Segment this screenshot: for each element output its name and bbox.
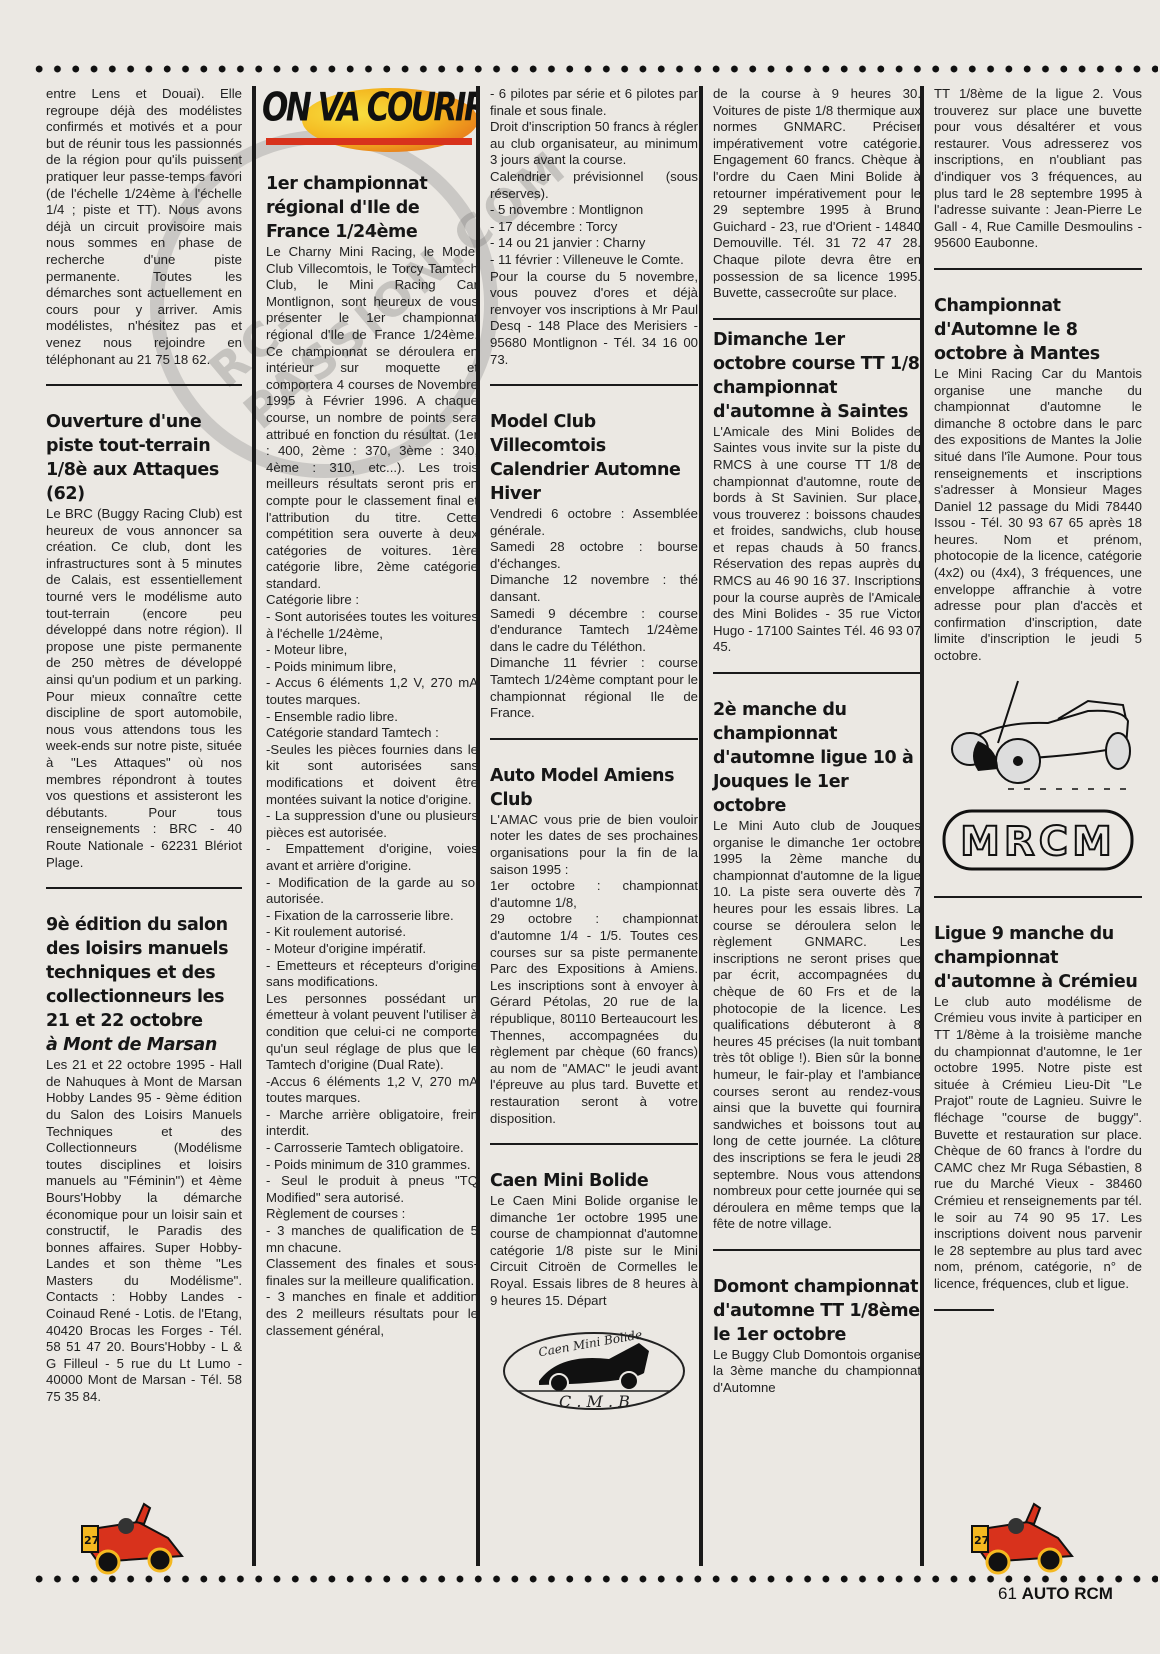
column-2: ON VA COURIR 1er championnat régional d'… [252,86,478,1566]
paragraph: - Carrosserie Tamtech obligatoire. [266,1140,478,1157]
paragraph: -Accus 6 éléments 1,2 V, 270 mA toutes m… [266,1074,478,1107]
paragraph: 29 octobre : championnat d'automne 1/4 -… [490,911,698,1127]
paragraph: - 6 pilotes par série et 6 pilotes par f… [490,86,698,119]
paragraph: - Poids minimum libre, [266,659,478,676]
paragraph: - Emetteurs et récepteurs d'origine sans… [266,958,478,991]
dotted-border-top [30,62,1158,76]
paragraph: Catégorie standard Tamtech : [266,725,478,742]
page-number: 61 [998,1584,1017,1603]
paragraph: - 14 ou 21 janvier : Charny [490,235,698,252]
race-car-mascot-icon: 27 [78,1498,188,1578]
paragraph: - 11 février : Villeneuve le Comte. [490,252,698,269]
svg-text:27: 27 [974,1534,989,1547]
paragraph: - Ensemble radio libre. [266,709,478,726]
cmb-logo: Caen Mini Bolide C . M . B [490,1323,698,1418]
buggy-illustration-icon [938,671,1138,801]
mrcm-logo: MRCM [934,671,1142,880]
paragraph: - 5 novembre : Montlignon [490,202,698,219]
article-body: L'Amicale des Mini Bolides de Saintes vo… [713,424,921,656]
race-car-mascot-icon: 27 [968,1498,1078,1578]
divider [46,887,242,889]
paragraph: Classement des finales et sous-finales s… [266,1256,478,1289]
article-title: Ouverture d'une piste tout-terrain 1/8è … [46,410,242,506]
paragraph: - Empattement d'origine, voies avant et … [266,841,478,874]
divider [934,1309,994,1311]
paragraph: - La suppression d'une ou plusieurs pièc… [266,808,478,841]
article-title: Championnat d'Automne le 8 octobre à Man… [934,294,1142,366]
paragraph: L'AMAC vous prie de bien vouloir noter l… [490,812,698,878]
divider [713,1249,921,1251]
banner-stripe [266,138,472,145]
dotted-border-bottom [30,1572,1158,1586]
paragraph: Pour la course du 5 novembre, vous pouve… [490,269,698,369]
divider [490,738,698,740]
paragraph: Samedi 28 octobre : bourse d'échanges. [490,539,698,572]
article-body: Le BRC (Buggy Racing Club) est heureux d… [46,506,242,871]
article-title: 1er championnat régional d'Ile de France… [266,172,478,244]
paragraph: - Accus 6 éléments 1,2 V, 270 mA toutes … [266,675,478,708]
paragraph: - Marche arrière obligatoire, frein inte… [266,1107,478,1140]
column-3: - 6 pilotes par série et 6 pilotes par f… [476,86,698,1566]
column-1: entre Lens et Douai). Elle regroupe déjà… [46,86,242,1566]
article-body: Le Buggy Club Domontois organise la 3ème… [713,1347,921,1397]
article-continuation: TT 1/8ème de la ligue 2. Vous trouverez … [934,86,1142,252]
paragraph: - Moteur libre, [266,642,478,659]
article-body: Le Mini Racing Car du Mantois organise u… [934,366,1142,665]
paragraph: Dimanche 11 février : course Tamtech 1/2… [490,655,698,721]
paragraph: - 3 manches en finale et addition des 2 … [266,1289,478,1339]
svg-text:27: 27 [84,1534,99,1547]
banner-title: ON VA COURIR [262,98,474,119]
article-continuation: entre Lens et Douai). Elle regroupe déjà… [46,86,242,368]
cmb-race-car-icon: Caen Mini Bolide C . M . B [499,1323,689,1413]
paragraph: Vendredi 6 octobre : Assemblée générale. [490,506,698,539]
paragraph: - 3 manches de qualification de 5 mn cha… [266,1223,478,1256]
paragraph: Le Charny Mini Racing, le Model Club Vil… [266,244,478,592]
paragraph: - Moteur d'origine impératif. [266,941,478,958]
divider [490,1143,698,1145]
divider [713,672,921,674]
article-title: Domont championnat d'automne TT 1/8ème l… [713,1275,921,1347]
paragraph: - Modification de la garde au sol autori… [266,875,478,908]
paragraph: Samedi 9 décembre : course d'endurance T… [490,606,698,656]
article-title: Ligue 9 manche du championnat d'automne … [934,922,1142,994]
article-title: 9è édition du salon des loisirs manuels … [46,913,242,1057]
paragraph: - Fixation de la carrosserie libre. [266,908,478,925]
article-title: 2è manche du championnat d'automne ligue… [713,698,921,818]
divider [713,318,921,320]
article-title: Caen Mini Bolide [490,1169,698,1193]
divider [46,384,242,386]
divider [490,384,698,386]
paragraph: Catégorie libre : [266,592,478,609]
magazine-name: AUTO RCM [1022,1584,1113,1603]
article-continuation: de la course à 9 heures 30. Voitures de … [713,86,921,302]
page-footer: 61 AUTO RCM [998,1584,1113,1604]
divider [934,268,1142,270]
article-body: Le club auto modélisme de Crémieu vous i… [934,994,1142,1293]
svg-text:MRCM: MRCM [960,819,1116,865]
article-title: Auto Model Amiens Club [490,764,698,812]
paragraph: Les personnes possédant un émetteur à vo… [266,991,478,1074]
paragraph: - Sont autorisées toutes les voitures à … [266,609,478,642]
paragraph: - 17 décembre : Torcy [490,219,698,236]
article-title: Dimanche 1er octobre course TT 1/8 champ… [713,328,921,424]
paragraph: -Seules les pièces fournies dans le kit … [266,742,478,808]
paragraph: 1er octobre : championnat d'automne 1/8, [490,878,698,911]
paragraph: Droit d'inscription 50 francs à régler a… [490,119,698,169]
svg-text:C . M . B: C . M . B [559,1392,630,1411]
article-body: Le Caen Mini Bolide organise le dimanche… [490,1193,698,1309]
paragraph: - Poids minimum de 310 grammes. [266,1157,478,1174]
paragraph: Règlement de courses : [266,1206,478,1223]
section-banner: ON VA COURIR [262,86,478,164]
column-4: de la course à 9 heures 30. Voitures de … [699,86,921,1566]
column-5: TT 1/8ème de la ligue 2. Vous trouverez … [920,86,1142,1566]
paragraph: Calendrier prévisionnel (sous réserves). [490,169,698,202]
article-body: Le Mini Auto club de Jouques organise le… [713,818,921,1233]
article-body: Les 21 et 22 octobre 1995 - Hall de Nahu… [46,1057,242,1405]
paragraph: - Kit roulement autorisé. [266,924,478,941]
article-title: Model Club Villecomtois Calendrier Autom… [490,410,698,506]
mrcm-text-logo: MRCM [938,805,1138,875]
paragraph: Dimanche 12 novembre : thé dansant. [490,572,698,605]
paragraph: - Seul le produit à pneus "TQ Modified" … [266,1173,478,1206]
divider [934,896,1142,898]
